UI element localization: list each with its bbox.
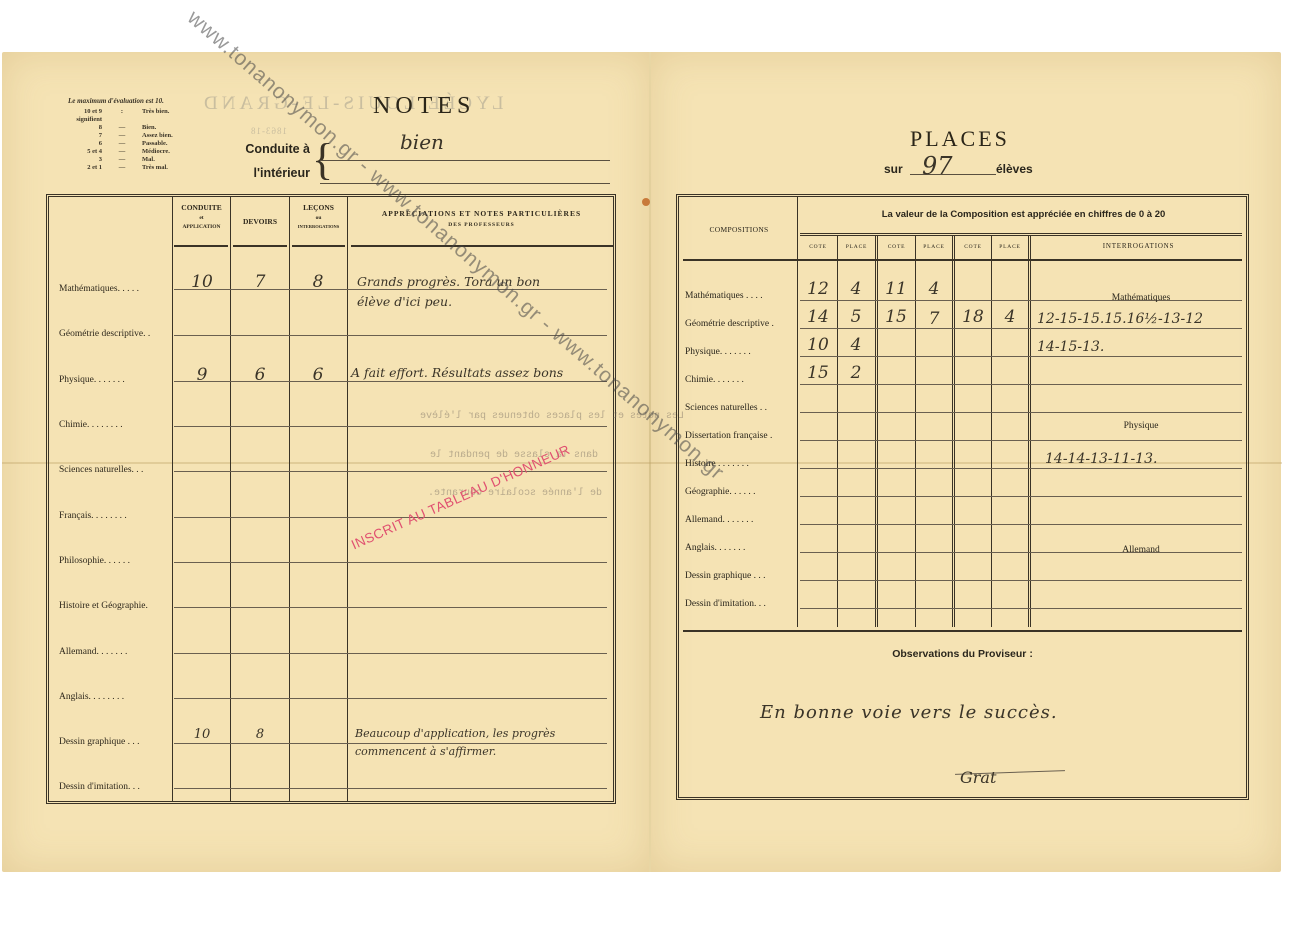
cell-cote: 18 (955, 307, 991, 327)
header-rule (351, 245, 613, 247)
header-rule (683, 259, 1242, 261)
row-rule (800, 440, 1242, 441)
subheader-cote: COTE (878, 244, 915, 250)
row-rule (174, 698, 607, 699)
notes-title: NOTES (373, 93, 475, 120)
observations-title: Observations du Proviseur : (676, 648, 1249, 660)
row-rule (174, 471, 607, 472)
row-rule (800, 580, 1242, 581)
column-divider (797, 197, 798, 627)
subheader-place: PLACE (992, 244, 1028, 250)
cell-cote: 10 (800, 335, 836, 355)
legend-title: Le maximum d'évaluation est 10. (68, 97, 202, 105)
legend-row: 10 et 9 signifient:Très bien. (58, 108, 202, 124)
header-rule (292, 245, 345, 247)
cell-cote: 14 (800, 307, 836, 327)
comment-line: A fait effort. Résultats assez bons (351, 363, 563, 383)
legend-row: 6—Passable. (58, 140, 202, 148)
interro-label-math: Mathématiques (1031, 293, 1251, 303)
header-devoirs: DEVOIRS (231, 217, 289, 226)
observations-text: En bonne voie vers le succès. (760, 702, 1058, 723)
header-appreciations: APPRÉCIATIONS ET NOTES PARTICULIÈRES DES… (349, 209, 614, 228)
column-divider (289, 197, 290, 801)
row-rule (174, 653, 607, 654)
cell-devoirs: 8 (235, 727, 285, 742)
conduite-line (320, 183, 610, 184)
row-rule (800, 496, 1242, 497)
cell-place: 7 (916, 309, 952, 329)
comment-line: élève d'ici peu. (357, 292, 452, 312)
legend-row: 8—Bien. (58, 124, 202, 132)
cell-place: 4 (838, 279, 874, 299)
observations-rule (683, 630, 1242, 632)
sur-label: sur (884, 162, 903, 176)
comment-line: Beaucoup d'application, les progrès (355, 725, 555, 743)
row-rule (800, 356, 1242, 357)
notes-table: CONDUITE et APPLICATION DEVOIRS LEÇONS o… (46, 194, 616, 804)
subheader-place: PLACE (916, 244, 952, 250)
cell-conduite: 10 (177, 727, 227, 742)
cell-devoirs: 7 (235, 272, 285, 292)
row-rule (800, 608, 1242, 609)
places-title: PLACES (910, 126, 1010, 152)
cell-place: 5 (838, 307, 874, 327)
legend-row: 7—Assez bien. (58, 132, 202, 140)
cell-place: 2 (838, 363, 874, 383)
row-rule (800, 384, 1242, 385)
column-divider (230, 197, 231, 801)
cell-cote: 15 (800, 363, 836, 383)
ghost-year: 1863-18 (250, 126, 287, 136)
row-rule (174, 426, 607, 427)
interro-physique-line: 14-14-13-11-13. (1045, 451, 1157, 467)
interro-math-line: 12-15-15.15.16½-13-12 (1037, 311, 1203, 327)
legend-row: 5 et 4—Médiocre. (58, 148, 202, 156)
subheader-interrogations: INTERROGATIONS (1031, 242, 1246, 250)
cell-conduite: 10 (177, 272, 227, 292)
header-conduite: CONDUITE et APPLICATION (173, 203, 230, 230)
cell-place: 4 (992, 307, 1028, 327)
cell-lecons: 8 (293, 272, 343, 292)
column-divider (347, 197, 348, 801)
compositions-header: COMPOSITIONS (679, 225, 799, 234)
row-rule (174, 607, 607, 608)
column-divider (991, 235, 992, 627)
evaluation-scale-legend: Le maximum d'évaluation est 10. 10 et 9 … (58, 97, 202, 172)
cell-place: 4 (838, 335, 874, 355)
row-rule (174, 517, 607, 518)
row-rule (800, 412, 1242, 413)
cell-cote: 12 (800, 279, 836, 299)
cell-cote: 15 (878, 307, 914, 327)
signature: Grat (960, 768, 996, 787)
interro-label-allemand: Allemand (1031, 545, 1251, 555)
cell-cote: 11 (878, 279, 914, 299)
bleed-through-text: dans la classe de pendant le (430, 450, 598, 461)
cell-devoirs: 6 (235, 365, 285, 385)
row-rule (800, 468, 1242, 469)
legend-row: 2 et 1—Très mal. (58, 164, 202, 172)
header-lecons: LEÇONS ou INTERROGATIONS (290, 203, 347, 229)
row-rule (800, 524, 1242, 525)
row-rule (174, 562, 607, 563)
subheader-place: PLACE (838, 244, 875, 250)
eleves-count: 97 (922, 152, 953, 180)
subheader-cote: COTE (799, 244, 837, 250)
legend-row: 3—Mal. (58, 156, 202, 164)
column-divider (952, 235, 955, 627)
header-rule (233, 245, 287, 247)
cell-lecons: 6 (293, 365, 343, 385)
rust-spot (642, 198, 650, 206)
header-rule (800, 233, 1242, 236)
eleves-label: élèves (996, 162, 1033, 176)
header-rule (174, 245, 228, 247)
interro-math-line: 14-15-13. (1037, 339, 1104, 355)
interro-label-physique: Physique (1031, 421, 1251, 431)
conduite-value: bien (400, 130, 444, 154)
cell-place: 4 (916, 279, 952, 299)
subheader-cote: COTE (955, 244, 991, 250)
column-divider (172, 197, 173, 801)
row-rule (800, 328, 1242, 329)
comment-line: commencent à s'affirmer. (355, 743, 496, 761)
cell-conduite: 9 (177, 365, 227, 385)
row-rule (174, 788, 607, 789)
conduite-label: Conduite à l'intérieur (228, 137, 310, 185)
composition-header: La valeur de la Composition est apprécié… (801, 209, 1246, 220)
